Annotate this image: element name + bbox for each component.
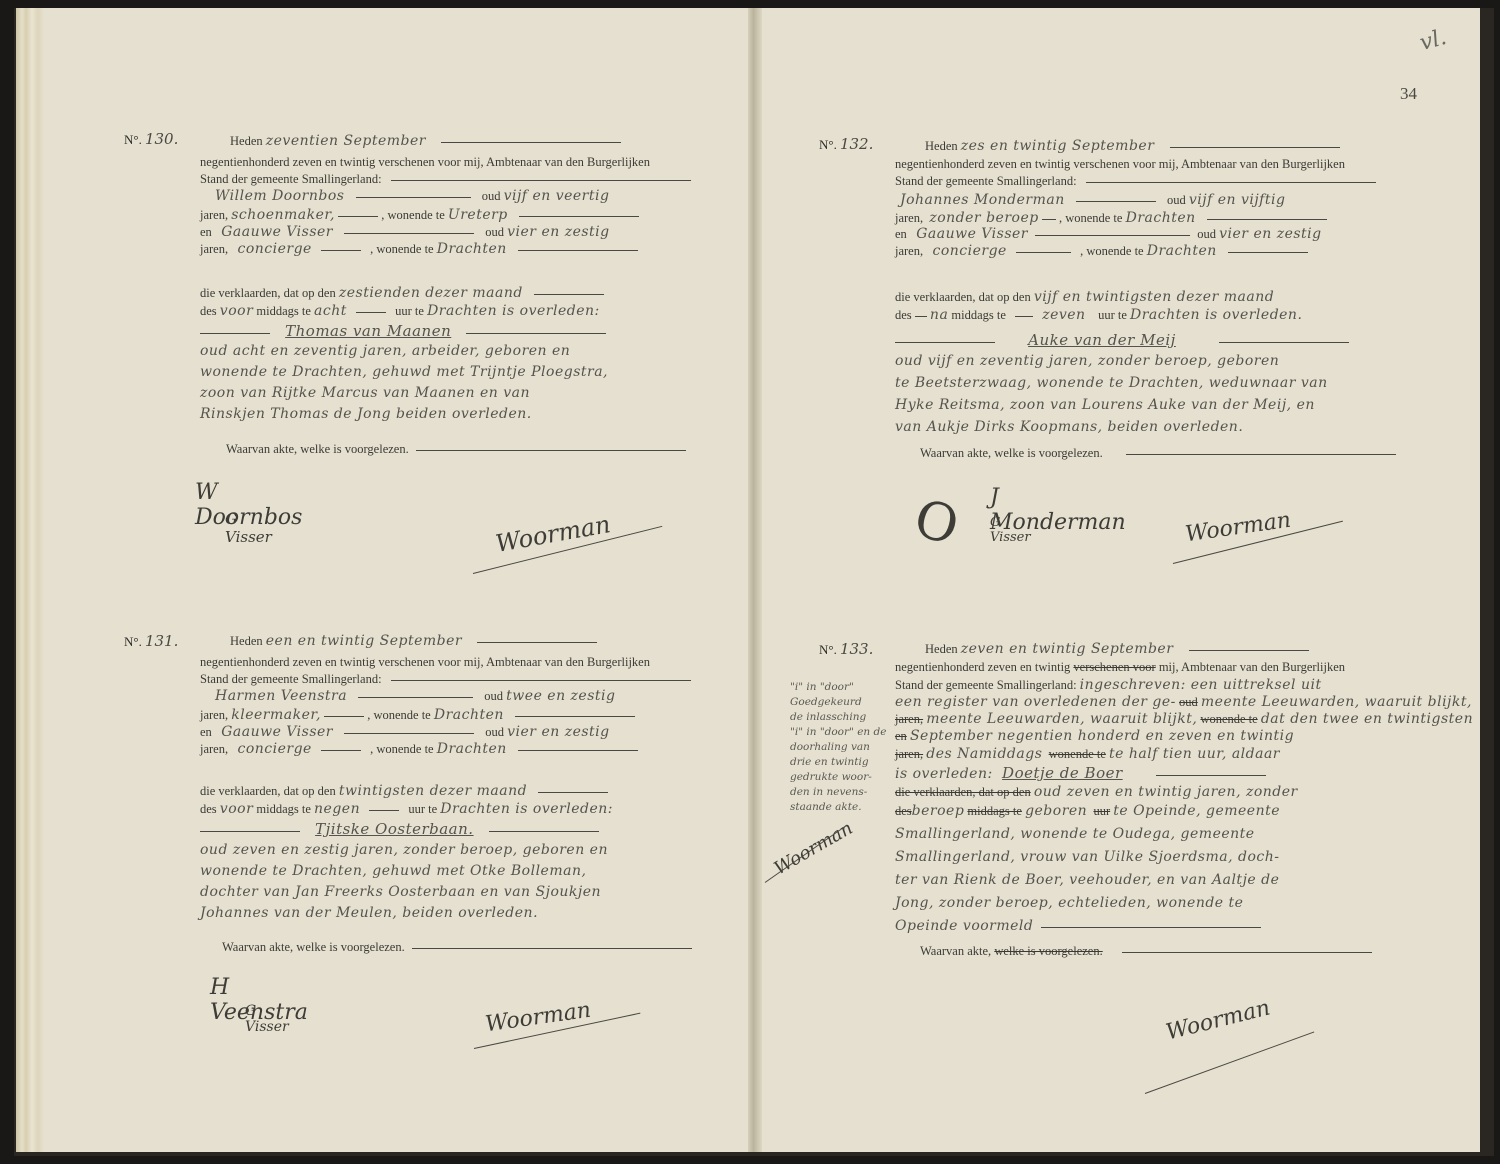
signature-witness2: G Visser	[245, 1003, 289, 1035]
witness1-occupation: zonder beroep	[929, 210, 1038, 226]
jaren-label: jaren,	[895, 211, 923, 225]
death-place: Drachten is overleden:	[427, 303, 600, 319]
jaren-label: jaren,	[895, 244, 923, 258]
text-line: te Opeinde, gemeente	[1113, 803, 1280, 819]
details-line: oud acht en zeventig jaren, arbeider, ge…	[200, 343, 570, 359]
text-line: een register van overledenen der ge-	[895, 694, 1176, 710]
witness1-residence: Drachten	[434, 707, 504, 723]
margin-note-line: Goedgekeurd	[790, 695, 890, 710]
signature-witness2: G Visser	[990, 515, 1031, 545]
struck-text: oud	[1179, 695, 1198, 709]
waarvan-label: Waarvan akte, welke is voorgelezen.	[226, 442, 409, 456]
witness1-occupation: schoenmaker,	[231, 207, 335, 223]
details-line: oud vijf en zeventig jaren, zonder beroe…	[895, 353, 1279, 369]
oud-label: oud	[485, 725, 504, 739]
middags-label: middags te	[256, 304, 311, 318]
oud-label: oud	[1167, 193, 1186, 207]
death-ampm: na	[930, 307, 948, 323]
text-line: geboren	[1025, 803, 1087, 819]
record-date: een en twintig September	[266, 633, 462, 649]
details-line: Rinskjen Thomas de Jong beiden overleden…	[200, 406, 532, 422]
oud-label: oud	[482, 189, 501, 203]
deceased-name: Doetje de Boer	[1002, 764, 1123, 782]
verklaarden-label: die verklaarden, dat op den	[895, 290, 1031, 304]
death-hour: acht	[314, 303, 347, 319]
wonende-label: , wonende te	[370, 742, 434, 756]
text-line: Smallingerland, vrouw van Uilke Sjoerdsm…	[895, 849, 1279, 865]
signature-witness2: G Visser	[225, 510, 272, 546]
death-place: Drachten is overleden.	[1130, 307, 1302, 323]
wonende-label: , wonende te	[381, 208, 445, 222]
uur-label: uur te	[1098, 308, 1127, 322]
form-line-3: Stand der gemeente Smallingerland:	[200, 172, 382, 186]
des-label: des	[200, 304, 217, 318]
record-date: zeven en twintig September	[961, 641, 1174, 657]
witness2-age: vier en zestig	[507, 724, 609, 740]
text-line: oud zeven en twintig jaren, zonder	[1034, 784, 1298, 800]
form-line-3: Stand der gemeente Smallingerland:	[895, 174, 1077, 188]
witness1-name: Johannes Monderman	[900, 192, 1065, 208]
struck-text: wonende te	[1200, 712, 1257, 726]
details-line: te Beetsterzwaag, wonende te Drachten, w…	[895, 375, 1328, 391]
struck-text: en	[895, 729, 907, 743]
heden-label: Heden	[925, 139, 958, 153]
des-label: des	[895, 308, 912, 322]
heden-label: Heden	[230, 134, 263, 148]
record-number: 133.	[840, 640, 873, 658]
death-ampm: voor	[220, 303, 253, 319]
witness1-residence: Drachten	[1126, 210, 1196, 226]
witness1-age: vijf en vijftig	[1189, 192, 1286, 208]
text-line: ter van Rienk de Boer, veehouder, en van…	[895, 872, 1279, 888]
witness2-occupation: concierge	[932, 243, 1006, 259]
record-number: 130.	[145, 130, 178, 148]
details-line: wonende te Drachten, gehuwd met Otke Bol…	[200, 863, 586, 879]
text-line: Opeinde voormeld	[895, 918, 1033, 934]
record-date: zeventien September	[266, 133, 426, 149]
margin-note-line: doorhaling van	[790, 740, 890, 755]
death-day: vijf en twintigsten dezer maand	[1034, 289, 1274, 305]
verklaarden-label: die verklaarden, dat op den	[200, 784, 336, 798]
text-line: ingeschreven: een uittreksel uit	[1080, 677, 1322, 693]
book-gutter	[748, 8, 762, 1152]
struck-text: jaren,	[895, 747, 923, 761]
margin-note-line: staande akte.	[790, 800, 890, 815]
en-label: en	[200, 725, 212, 739]
record-number: 131.	[145, 632, 178, 650]
text-line: beroep	[912, 803, 965, 819]
witness2-residence: Drachten	[437, 741, 507, 757]
jaren-label: jaren,	[200, 242, 228, 256]
witness2-age: vier en zestig	[507, 224, 609, 240]
page-edges	[16, 8, 44, 1152]
death-place: Drachten is overleden:	[440, 801, 613, 817]
witness2-residence: Drachten	[437, 241, 507, 257]
details-line: wonende te Drachten, gehuwd met Trijntje…	[200, 364, 608, 380]
witness2-name: Gaauwe Visser	[916, 226, 1028, 242]
struck-text: uur	[1093, 804, 1110, 818]
details-line: Hyke Reitsma, zoon van Lourens Auke van …	[895, 397, 1315, 413]
struck-text: wonende te	[1049, 747, 1106, 761]
death-hour: zeven	[1042, 307, 1085, 323]
witness1-occupation: kleermaker,	[231, 707, 321, 723]
verklaarden-label: die verklaarden, dat op den	[200, 286, 336, 300]
witness2-name: Gaauwe Visser	[221, 724, 333, 740]
details-line: Johannes van der Meulen, beiden overlede…	[200, 905, 538, 921]
margin-note-line: "i" in "door" en de	[790, 725, 890, 740]
waarvan-label: Waarvan akte, welke is voorgelezen.	[920, 446, 1103, 460]
jaren-label: jaren,	[200, 742, 228, 756]
text-line: is overleden:	[895, 766, 993, 782]
en-label: en	[895, 227, 907, 241]
oud-label: oud	[485, 225, 504, 239]
en-label: en	[200, 225, 212, 239]
record-number: 132.	[840, 135, 873, 153]
margin-note-line: drie en twintig	[790, 755, 890, 770]
uur-label: uur te	[408, 802, 437, 816]
wonende-label: , wonende te	[370, 242, 434, 256]
text-line: des Namiddags	[926, 746, 1042, 762]
witness2-occupation: concierge	[237, 241, 311, 257]
form-line-3: Stand der gemeente Smallingerland:	[200, 672, 382, 686]
margin-note-line: de inlassching	[790, 710, 890, 725]
struck-text: die verklaarden, dat op den	[895, 785, 1031, 799]
witness1-age: twee en zestig	[506, 688, 615, 704]
jaren-label: jaren,	[200, 208, 228, 222]
witness2-age: vier en zestig	[1219, 226, 1321, 242]
struck-text: verschenen voor	[1073, 660, 1155, 674]
death-ampm: voor	[220, 801, 253, 817]
record-number-label: N°.	[124, 132, 142, 147]
waarvan-label: Waarvan akte, welke is voorgelezen.	[222, 940, 405, 954]
deceased-name: Auke van der Meij	[1028, 331, 1176, 349]
margin-note-line: gedrukte woor-	[790, 770, 890, 785]
text-line: dat den twee en twintigsten	[1261, 711, 1473, 727]
details-line: dochter van Jan Freerks Oosterbaan en va…	[200, 884, 601, 900]
margin-annotation: "i" in "door" Goedgekeurd de inlassching…	[790, 680, 890, 815]
oud-label: oud	[484, 689, 503, 703]
page-number: 34	[1400, 84, 1417, 104]
text-line: Smallingerland, wonende te Oudega, gemee…	[895, 826, 1255, 842]
witness1-residence: Ureterp	[448, 207, 508, 223]
deceased-name: Tjitske Oosterbaan.	[315, 820, 473, 838]
form-line-2: negentienhonderd zeven en twintig versch…	[200, 155, 650, 170]
struck-text: welke is voorgelezen.	[994, 944, 1102, 958]
struck-text: jaren,	[895, 712, 923, 726]
details-line: van Aukje Dirks Koopmans, beiden overled…	[895, 419, 1243, 435]
des-label: des	[200, 802, 217, 816]
death-hour: negen	[314, 801, 360, 817]
record-number-label: N°.	[819, 642, 837, 657]
text-line: September negentien honderd en zeven en …	[910, 728, 1294, 744]
oud-label: oud	[1197, 227, 1216, 241]
margin-note-line: den in nevens-	[790, 785, 890, 800]
middags-label: middags te	[256, 802, 311, 816]
uur-label: uur te	[395, 304, 424, 318]
witness1-name: Willem Doornbos	[215, 188, 344, 204]
form-line-2: negentienhonderd zeven en twintig versch…	[895, 157, 1345, 172]
jaren-label: jaren,	[200, 708, 228, 722]
wonende-label: , wonende te	[1059, 211, 1123, 225]
witness2-residence: Drachten	[1147, 243, 1217, 259]
wonende-label: , wonende te	[1080, 244, 1144, 258]
form-line-3: Stand der gemeente Smallingerland:	[895, 678, 1077, 692]
heden-label: Heden	[230, 634, 263, 648]
struck-text: des	[895, 804, 912, 818]
text-line: te half tien uur, aldaar	[1109, 746, 1280, 762]
middags-label: middags te	[951, 308, 1006, 322]
details-line: zoon van Rijtke Marcus van Maanen en van	[200, 385, 530, 401]
form-line-2: negentienhonderd zeven en twintig versch…	[200, 655, 650, 670]
details-line: oud zeven en zestig jaren, zonder beroep…	[200, 842, 608, 858]
text-line: meente Leeuwarden, waaruit blijkt,	[926, 711, 1197, 727]
witness2-occupation: concierge	[237, 741, 311, 757]
struck-text: middags te	[967, 804, 1022, 818]
deceased-name: Thomas van Maanen	[285, 322, 451, 340]
death-day: zestienden dezer maand	[339, 285, 523, 301]
record-number-label: N°.	[819, 137, 837, 152]
heden-label: Heden	[925, 642, 958, 656]
death-day: twintigsten dezer maand	[339, 783, 527, 799]
wonende-label: , wonende te	[367, 708, 431, 722]
record-number-label: N°.	[124, 634, 142, 649]
record-date: zes en twintig September	[961, 138, 1155, 154]
margin-note-line: "i" in "door"	[790, 680, 890, 695]
text-line: Jong, zonder beroep, echtelieden, wonend…	[895, 895, 1243, 911]
text-line: meente Leeuwarden, waaruit blijkt,	[1201, 694, 1472, 710]
witness1-name: Harmen Veenstra	[215, 688, 347, 704]
witness2-name: Gaauwe Visser	[221, 224, 333, 240]
witness1-age: vijf en veertig	[504, 188, 610, 204]
